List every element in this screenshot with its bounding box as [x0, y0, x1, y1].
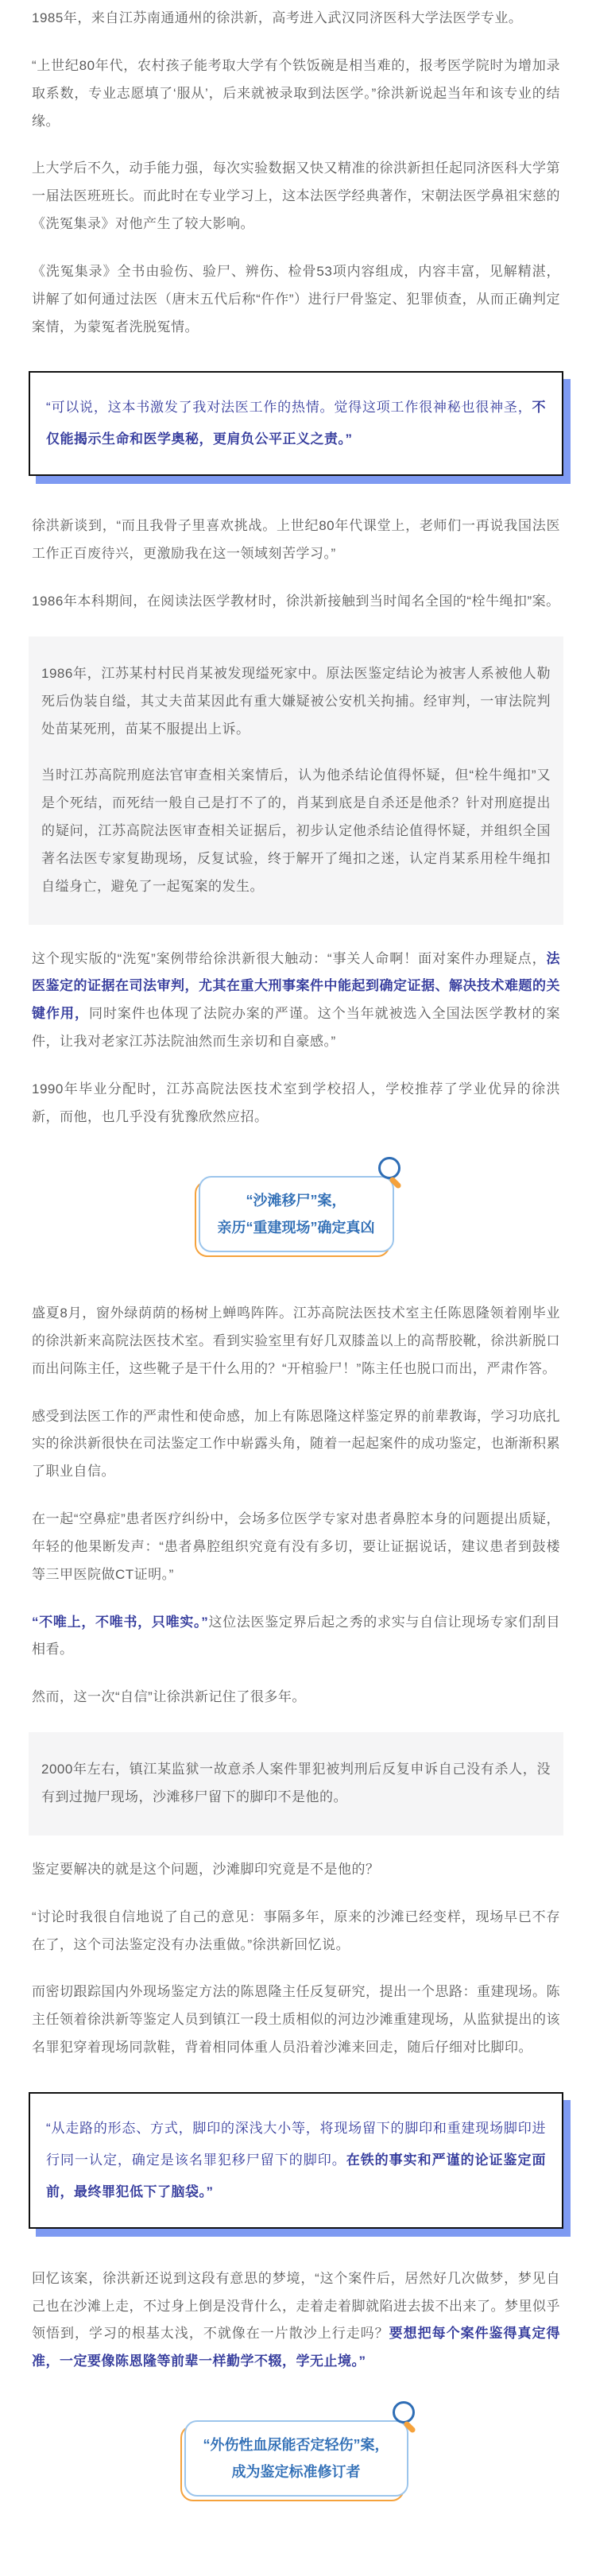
section-header: “外伤性血尿能否定轻伤”案， 成为鉴定标准修订者	[32, 2420, 560, 2497]
paragraph: “不唯上，不唯书，只唯实。”这位法医鉴定界后起之秀的求实与自信让现场专家们刮目相…	[32, 1609, 560, 1665]
paragraph: 感受到法医工作的严肃性和使命感，加上有陈恩隆这样鉴定界的前辈教诲，学习功底扎实的…	[32, 1403, 560, 1487]
magnifier-lens	[378, 1157, 400, 1179]
paragraph: 而密切跟踪国内外现场鉴定方法的陈恩隆主任反复研究，提出一个思路：重建现场。陈主任…	[32, 1978, 560, 2062]
section-title-line: 成为鉴定标准修订者	[203, 2458, 389, 2485]
case-paragraph: 当时江苏高院刑庭法官审查相关案情后，认为他杀结论值得怀疑，但“栓牛绳扣”又是个死…	[41, 762, 551, 900]
section-header: “沙滩移尸”案， 亲历“重建现场”确定真凶	[32, 1176, 560, 1252]
magnifier-icon	[373, 1157, 405, 1193]
magnifier-lens	[393, 2401, 415, 2423]
case-paragraph: 1986年，江苏某村村民肖某被发现缢死家中。原法医鉴定结论为被害人系被他人勒死后…	[41, 660, 551, 744]
section-header-inner: “沙滩移尸”案， 亲历“重建现场”确定真凶	[199, 1176, 394, 1252]
paragraph: 上大学后不久，动手能力强，每次实验数据又快又精准的徐洪新担任起同济医科大学第一届…	[32, 155, 560, 238]
paragraph: 回忆该案，徐洪新还说到这段有意思的梦境，“这个案件后，居然好几次做梦，梦见自己也…	[32, 2265, 560, 2376]
paragraph: 1990年毕业分配时，江苏高院法医技术室到学校招人，学校推荐了学业优异的徐洪新，…	[32, 1076, 560, 1131]
case-paragraph: 2000年左右，镇江某监狱一故意杀人案件罪犯被判刑后反复申诉自己没有杀人，没有到…	[41, 1756, 551, 1812]
section-title-line: 亲历“重建现场”确定真凶	[218, 1214, 375, 1241]
paragraph: 这个现实版的“洗冤”案例带给徐洪新很大触动：“事关人命啊！面对案件办理疑点，法医…	[32, 946, 560, 1056]
magnifier-icon	[388, 2401, 420, 2438]
paragraph: 鉴定要解决的就是这个问题，沙滩脚印究竟是不是他的？	[32, 1856, 560, 1884]
quote-box: “从走路的形态、方式，脚印的深浅大小等，将现场留下的脚印和重建现场脚印进行同一认…	[29, 2092, 563, 2229]
paragraph: 徐洪新谈到，“而且我骨子里喜欢挑战。上世纪80年代课堂上，老师们一再说我国法医工…	[32, 512, 560, 568]
paragraph: “讨论时我很自信地说了自己的意见：事隔多年，原来的沙滩已经变样，现场早已不存在了…	[32, 1904, 560, 1959]
paragraph: 《洗冤集录》全书由验伤、验尸、辨伤、检骨53项内容组成，内容丰富，见解精湛，讲解…	[32, 258, 560, 342]
section-header-inner: “外伤性血尿能否定轻伤”案， 成为鉴定标准修订者	[184, 2420, 408, 2497]
paragraph: 1985年，来自江苏南通通州的徐洪新，高考进入武汉同济医科大学法医学专业。	[32, 5, 560, 33]
magnifier-handle	[389, 1176, 402, 1189]
article: 1985年，来自江苏南通通州的徐洪新，高考进入武汉同济医科大学法医学专业。 “上…	[0, 0, 592, 2576]
inline-emphasis: “不唯上，不唯书，只唯实。”	[32, 1615, 208, 1630]
magnifier-handle	[403, 2420, 416, 2434]
case-box: 2000年左右，镇江某监狱一故意杀人案件罪犯被判刑后反复申诉自己没有杀人，没有到…	[29, 1732, 563, 1835]
quote-box: “可以说，这本书激发了我对法医工作的热情。觉得这项工作很神秘也很神圣，不仅能揭示…	[29, 371, 563, 476]
paragraph: 在一起“空鼻症”患者医疗纠纷中，会场多位医学专家对患者鼻腔本身的问题提出质疑，年…	[32, 1506, 560, 1589]
paragraph: 然而，这一次“自信”让徐洪新记住了很多年。	[32, 1684, 560, 1712]
paragraph: “上世纪80年代，农村孩子能考取大学有个铁饭碗是相当难的，报考医学院时为增加录取…	[32, 52, 560, 136]
paragraph: 盛夏8月，窗外绿荫荫的杨树上蝉鸣阵阵。江苏高院法医技术室主任陈恩隆领着刚毕业的徐…	[32, 1300, 560, 1383]
quote-text: “可以说，这本书激发了我对法医工作的热情。觉得这项工作很神秘也很神圣，不仅能揭示…	[46, 392, 546, 455]
section-title-line: “沙滩移尸”案，	[218, 1187, 375, 1214]
case-box: 1986年，江苏某村村民肖某被发现缢死家中。原法医鉴定结论为被害人系被他人勒死后…	[29, 636, 563, 925]
quote-text: “从走路的形态、方式，脚印的深浅大小等，将现场留下的脚印和重建现场脚印进行同一认…	[46, 2113, 546, 2208]
section-title-line: “外伤性血尿能否定轻伤”案，	[203, 2431, 389, 2458]
paragraph: 1986年本科期间，在阅读法医学教材时，徐洪新接触到当时闻名全国的“栓牛绳扣”案…	[32, 588, 560, 616]
